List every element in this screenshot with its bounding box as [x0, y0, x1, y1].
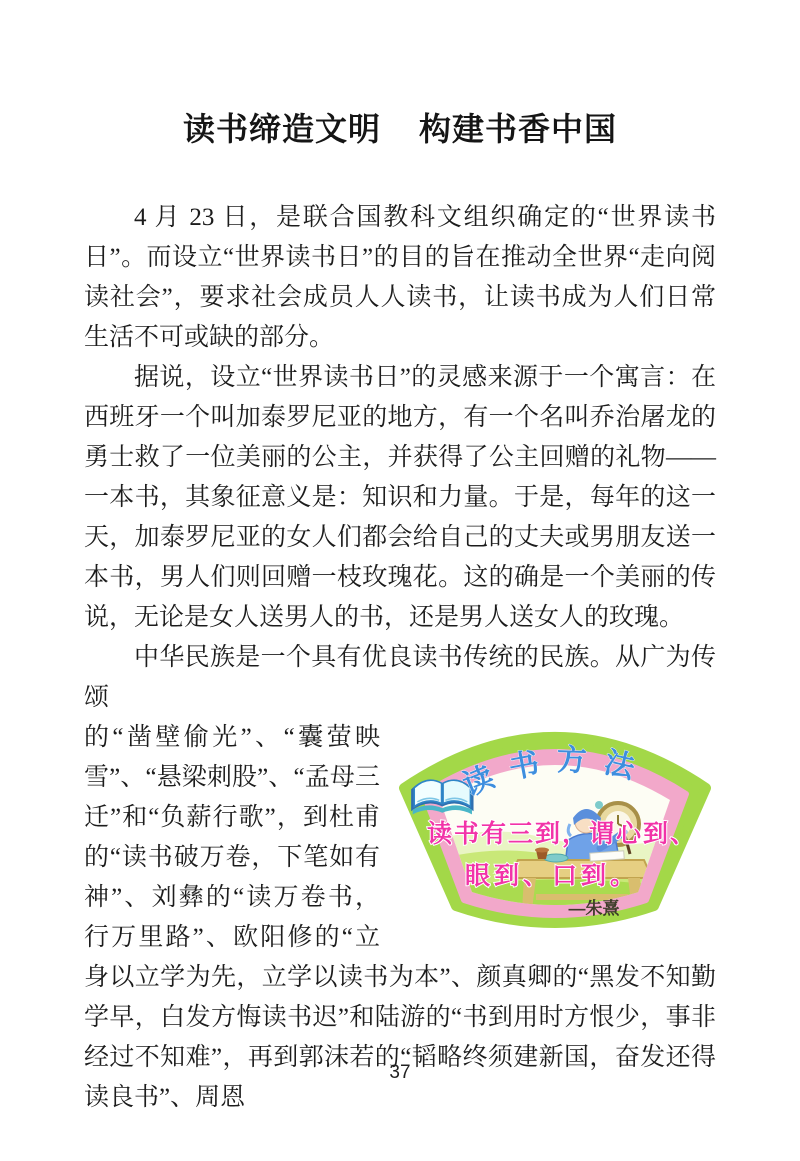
- page-content: 读书缔造文明 构建书香中国 4 月 23 日，是联合国教科文组织确定的“世界读书…: [84, 0, 716, 1118]
- paragraph-3-first-line: 中华民族是一个具有优良读书传统的民族。从广为传颂: [84, 638, 716, 718]
- quote-line-1: 读书有三到，谓心到、: [427, 820, 697, 848]
- reading-methods-figure: 读书方法 读书有三到，谓心到、 眼到、口到。 —朱熹: [394, 728, 716, 930]
- paragraph-1: 4 月 23 日，是联合国教科文组织确定的“世界读书日”。而设立“世界读书日”的…: [84, 198, 716, 358]
- quote-line-2: 眼到、口到。: [465, 862, 639, 890]
- document-page: 读书缔造文明 构建书香中国 4 月 23 日，是联合国教科文组织确定的“世界读书…: [0, 0, 800, 1161]
- page-number: 37: [0, 1062, 800, 1084]
- paragraph-3-wrapped: 读书方法 读书有三到，谓心到、 眼到、口到。 —朱熹 的“凿壁偷光”、“囊萤映雪…: [84, 718, 716, 1118]
- page-title-left: 读书缔造文明: [183, 106, 381, 152]
- page-title-right: 构建书香中国: [419, 106, 617, 152]
- page-title: 读书缔造文明 构建书香中国: [84, 106, 716, 152]
- reading-methods-fan-svg: 读书方法 读书有三到，谓心到、 眼到、口到。 —朱熹: [394, 728, 716, 930]
- paragraph-2: 据说，设立“世界读书日”的灵感来源于一个寓言：在西班牙一个叫加泰罗尼亚的地方，有…: [84, 358, 716, 638]
- body-text: 4 月 23 日，是联合国教科文组织确定的“世界读书日”。而设立“世界读书日”的…: [84, 198, 716, 1118]
- quote-attribution: —朱熹: [569, 898, 620, 918]
